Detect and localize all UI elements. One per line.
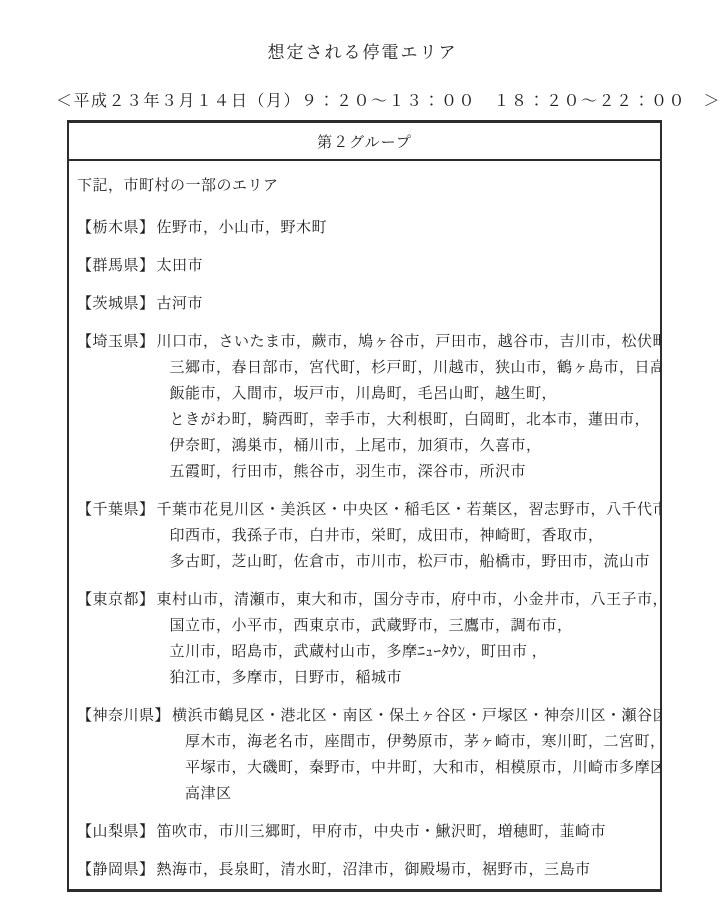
prefecture-lines: 笛吹市，市川三郷町，甲府市，中央市・鰍沢町，増穂町，韮崎市	[157, 819, 652, 845]
prefecture-row: 【静岡県】 熱海市，長泉町，清水町，沼津市，御殿場市，裾野市，三島市	[77, 857, 652, 883]
prefecture-row: 【茨城県】 古河市	[77, 291, 652, 317]
group-header: 第２グループ	[69, 123, 660, 161]
prefecture-lines: 太田市	[157, 253, 652, 279]
area-line: 川口市，さいたま市，蕨市，鳩ヶ谷市，戸田市，越谷市，吉川市，松伏町，	[157, 329, 662, 355]
prefecture-lines: 東村山市，清瀬市，東大和市，国分寺市，府中市，小金井市，八王子市，国立市，小平市…	[157, 587, 662, 691]
area-line: 厚木市，海老名市，座間市，伊勢原市，茅ヶ崎市，寒川町，二宮町，	[172, 729, 662, 755]
date-and-time-line: ＜平成２３年３月１４日（月）９：２０～１３：００ １８：２０～２２：００ ＞	[56, 88, 696, 111]
prefecture-row: 【山梨県】 笛吹市，市川三郷町，甲府市，中央市・鰍沢町，増穂町，韮崎市	[77, 819, 652, 845]
prefecture-lines: 佐野市，小山市，野木町	[157, 215, 652, 241]
area-line: 三郷市，春日部市，宮代町，杉戸町，川越市，狭山市，鶴ヶ島市，日高市，	[157, 355, 662, 381]
area-line: ときがわ町，騎西町，幸手市，大利根町，白岡町，北本市，蓮田市，	[157, 407, 662, 433]
prefecture-row: 【埼玉県】 川口市，さいたま市，蕨市，鳩ヶ谷市，戸田市，越谷市，吉川市，松伏町，…	[77, 329, 652, 485]
area-line: 高津区	[172, 781, 662, 807]
scanned-document-page: 想定される停電エリア ＜平成２３年３月１４日（月）９：２０～１３：００ １８：２…	[0, 0, 725, 897]
prefecture-row: 【神奈川県】 横浜市鶴見区・港北区・南区・保土ヶ谷区・戸塚区・神奈川区・瀬谷区，…	[77, 703, 652, 807]
document-title: 想定される停電エリア	[0, 38, 725, 63]
area-line: 狛江市，多摩市，日野市，稲城市	[157, 665, 662, 691]
prefecture-label: 【栃木県】	[77, 215, 155, 241]
prefecture-label: 【埼玉県】	[77, 329, 155, 355]
group-body: 下記，市町村の一部のエリア 【栃木県】 佐野市，小山市，野木町 【群馬県】 太田…	[69, 161, 660, 887]
prefecture-lines: 古河市	[157, 291, 652, 317]
prefecture-lines: 川口市，さいたま市，蕨市，鳩ヶ谷市，戸田市，越谷市，吉川市，松伏町，三郷市，春日…	[157, 329, 662, 485]
prefecture-label: 【静岡県】	[77, 857, 155, 883]
note-line: 下記，市町村の一部のエリア	[77, 173, 652, 199]
area-line: 五霞町，行田市，熊谷市，羽生市，深谷市，所沢市	[157, 459, 662, 485]
prefecture-label: 【神奈川県】	[77, 703, 170, 729]
area-line: 多古町，芝山町，佐倉市，市川市，松戸市，船橋市，野田市，流山市	[157, 549, 662, 575]
group-box: 第２グループ 下記，市町村の一部のエリア 【栃木県】 佐野市，小山市，野木町 【…	[67, 120, 662, 892]
area-line: 佐野市，小山市，野木町	[157, 215, 652, 241]
prefecture-lines: 熱海市，長泉町，清水町，沼津市，御殿場市，裾野市，三島市	[157, 857, 652, 883]
area-line: 飯能市，入間市，坂戸市，川島町，毛呂山町，越生町，	[157, 381, 662, 407]
area-line: 千葉市花見川区・美浜区・中央区・稲毛区・若葉区，習志野市，八千代市，	[157, 497, 662, 523]
area-line: 笛吹市，市川三郷町，甲府市，中央市・鰍沢町，増穂町，韮崎市	[157, 819, 652, 845]
prefecture-label: 【群馬県】	[77, 253, 155, 279]
area-line: 横浜市鶴見区・港北区・南区・保土ヶ谷区・戸塚区・神奈川区・瀬谷区，	[172, 703, 662, 729]
prefecture-row: 【東京都】 東村山市，清瀬市，東大和市，国分寺市，府中市，小金井市，八王子市，国…	[77, 587, 652, 691]
prefecture-label: 【茨城県】	[77, 291, 155, 317]
area-line: 古河市	[157, 291, 652, 317]
prefecture-label: 【千葉県】	[77, 497, 155, 523]
area-line: 立川市，昭島市，武蔵村山市，多摩ﾆｭｰﾀｳﾝ，町田市 ，	[157, 639, 662, 665]
area-line: 太田市	[157, 253, 652, 279]
prefecture-row: 【千葉県】 千葉市花見川区・美浜区・中央区・稲毛区・若葉区，習志野市，八千代市，…	[77, 497, 652, 575]
area-line: 印西市，我孫子市，白井市，栄町，成田市，神崎町，香取市，	[157, 523, 662, 549]
area-line: 平塚市，大磯町，秦野市，中井町，大和市，相模原市，川崎市多摩区・	[172, 755, 662, 781]
prefecture-list: 【栃木県】 佐野市，小山市，野木町 【群馬県】 太田市 【茨城県】 古河市 【埼…	[77, 215, 652, 883]
area-line: 伊奈町，鴻巣市，桶川市，上尾市，加須市，久喜市，	[157, 433, 662, 459]
prefecture-row: 【栃木県】 佐野市，小山市，野木町	[77, 215, 652, 241]
area-line: 東村山市，清瀬市，東大和市，国分寺市，府中市，小金井市，八王子市，	[157, 587, 662, 613]
area-line: 熱海市，長泉町，清水町，沼津市，御殿場市，裾野市，三島市	[157, 857, 652, 883]
area-line: 国立市，小平市，西東京市，武蔵野市，三鷹市，調布市，	[157, 613, 662, 639]
prefecture-lines: 千葉市花見川区・美浜区・中央区・稲毛区・若葉区，習志野市，八千代市，印西市，我孫…	[157, 497, 662, 575]
prefecture-lines: 横浜市鶴見区・港北区・南区・保土ヶ谷区・戸塚区・神奈川区・瀬谷区，厚木市，海老名…	[172, 703, 662, 807]
prefecture-row: 【群馬県】 太田市	[77, 253, 652, 279]
prefecture-label: 【東京都】	[77, 587, 155, 613]
prefecture-label: 【山梨県】	[77, 819, 155, 845]
